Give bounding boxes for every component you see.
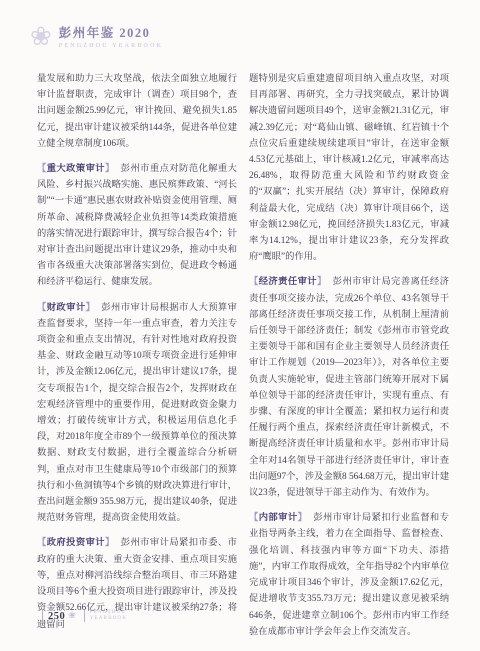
yearbook-title: 彭州年鉴 2020 bbox=[59, 26, 163, 40]
page-footer: 250 ❀ PENGZHOU YEARBOOK bbox=[37, 610, 127, 622]
section-heading: 【内部审计】 bbox=[249, 513, 307, 523]
footer-divider bbox=[42, 610, 43, 622]
footer-flower-icon: ❀ bbox=[68, 611, 76, 621]
section-heading: 【经济责任审计】 bbox=[249, 277, 327, 287]
left-column: 量发展和助力三大攻坚战，依法全面独立地履行审计监督职责，完成审计（调查）项目98… bbox=[37, 71, 237, 611]
paragraph-internal-audit: 【内部审计】彭州市审计局紧扣行业监督和专业指导两条主线，着力在全面指导、监督检查… bbox=[249, 510, 449, 640]
section-heading: 【重大政策审计】 bbox=[37, 164, 115, 174]
paragraph-economic-responsibility-audit: 【经济责任审计】彭州市审计局完善离任经济责任事项交接办法，完成26个单位、43名… bbox=[249, 274, 449, 501]
text-columns: 量发展和助力三大攻坚战，依法全面独立地履行审计监督职责，完成审计（调查）项目98… bbox=[37, 71, 449, 611]
right-column: 题特别是灾后重建遗留项目纳入重点攻坚，对项目再部署、再研究，全力寻找突破点，累计… bbox=[249, 71, 449, 611]
page-number: 250 bbox=[48, 611, 65, 622]
paragraph-text: 彭州市审计局紧扣行业监督和专业指导两条主线，着力在全面指导、监督检查、强化培训、… bbox=[249, 513, 449, 636]
section-heading-label: 重大政策审计 bbox=[47, 164, 105, 174]
section-heading: 【政府投资审计】 bbox=[37, 538, 115, 548]
paragraph-text: 彭州市重点对防范化解重大风险、乡村振兴战略实施、惠民殡葬政策、“河长制”“一卡通… bbox=[37, 164, 237, 287]
yearbook-logo-flower-icon: ❀ bbox=[30, 24, 52, 50]
section-heading-label: 财政审计 bbox=[47, 303, 86, 313]
section-heading-label: 政府投资审计 bbox=[47, 538, 105, 548]
paragraph-fiscal-audit: 【财政审计】彭州市审计局根据市人大预算审查监督要求，坚持一年一重点审查，着力关注… bbox=[37, 300, 237, 527]
paragraph-text: 彭州市审计局根据市人大预算审查监督要求，坚持一年一重点审查，着力关注专项资金和重… bbox=[37, 303, 237, 524]
paragraph-continuation: 量发展和助力三大攻坚战，依法全面独立地履行审计监督职责，完成审计（调查）项目98… bbox=[37, 71, 237, 152]
paragraph-major-policy-audit: 【重大政策审计】彭州市重点对防范化解重大风险、乡村振兴战略实施、惠民殡葬政策、“… bbox=[37, 161, 237, 291]
footer-brand-line2: YEARBOOK bbox=[90, 616, 127, 622]
section-heading-label: 内部审计 bbox=[259, 513, 298, 523]
yearbook-subtitle: PENGZHOU YEARBOOK bbox=[59, 43, 163, 49]
section-heading-label: 经济责任审计 bbox=[259, 277, 317, 287]
yearbook-page: ❀ 彭州年鉴 2020 PENGZHOU YEARBOOK 量发展和助力三大攻坚… bbox=[0, 0, 480, 651]
paragraph-text: 题特别是灾后重建遗留项目纳入重点攻坚，对项目再部署、再研究，全力寻找突破点，累计… bbox=[249, 74, 449, 262]
header-title-block: 彭州年鉴 2020 PENGZHOU YEARBOOK bbox=[59, 26, 163, 49]
section-heading: 【财政审计】 bbox=[37, 303, 95, 313]
paragraph-text: 彭州市审计局完善离任经济责任事项交接办法，完成26个单位、43名领导干部离任经济… bbox=[249, 277, 449, 498]
page-header: ❀ 彭州年鉴 2020 PENGZHOU YEARBOOK bbox=[30, 26, 163, 50]
paragraph-continuation: 题特别是灾后重建遗留项目纳入重点攻坚，对项目再部署、再研究，全力寻找突破点，累计… bbox=[249, 71, 449, 265]
footer-divider bbox=[84, 610, 85, 622]
footer-brand: PENGZHOU YEARBOOK bbox=[90, 610, 127, 622]
paragraph-text: 量发展和助力三大攻坚战，依法全面独立地履行审计监督职责，完成审计（调查）项目98… bbox=[37, 74, 237, 149]
